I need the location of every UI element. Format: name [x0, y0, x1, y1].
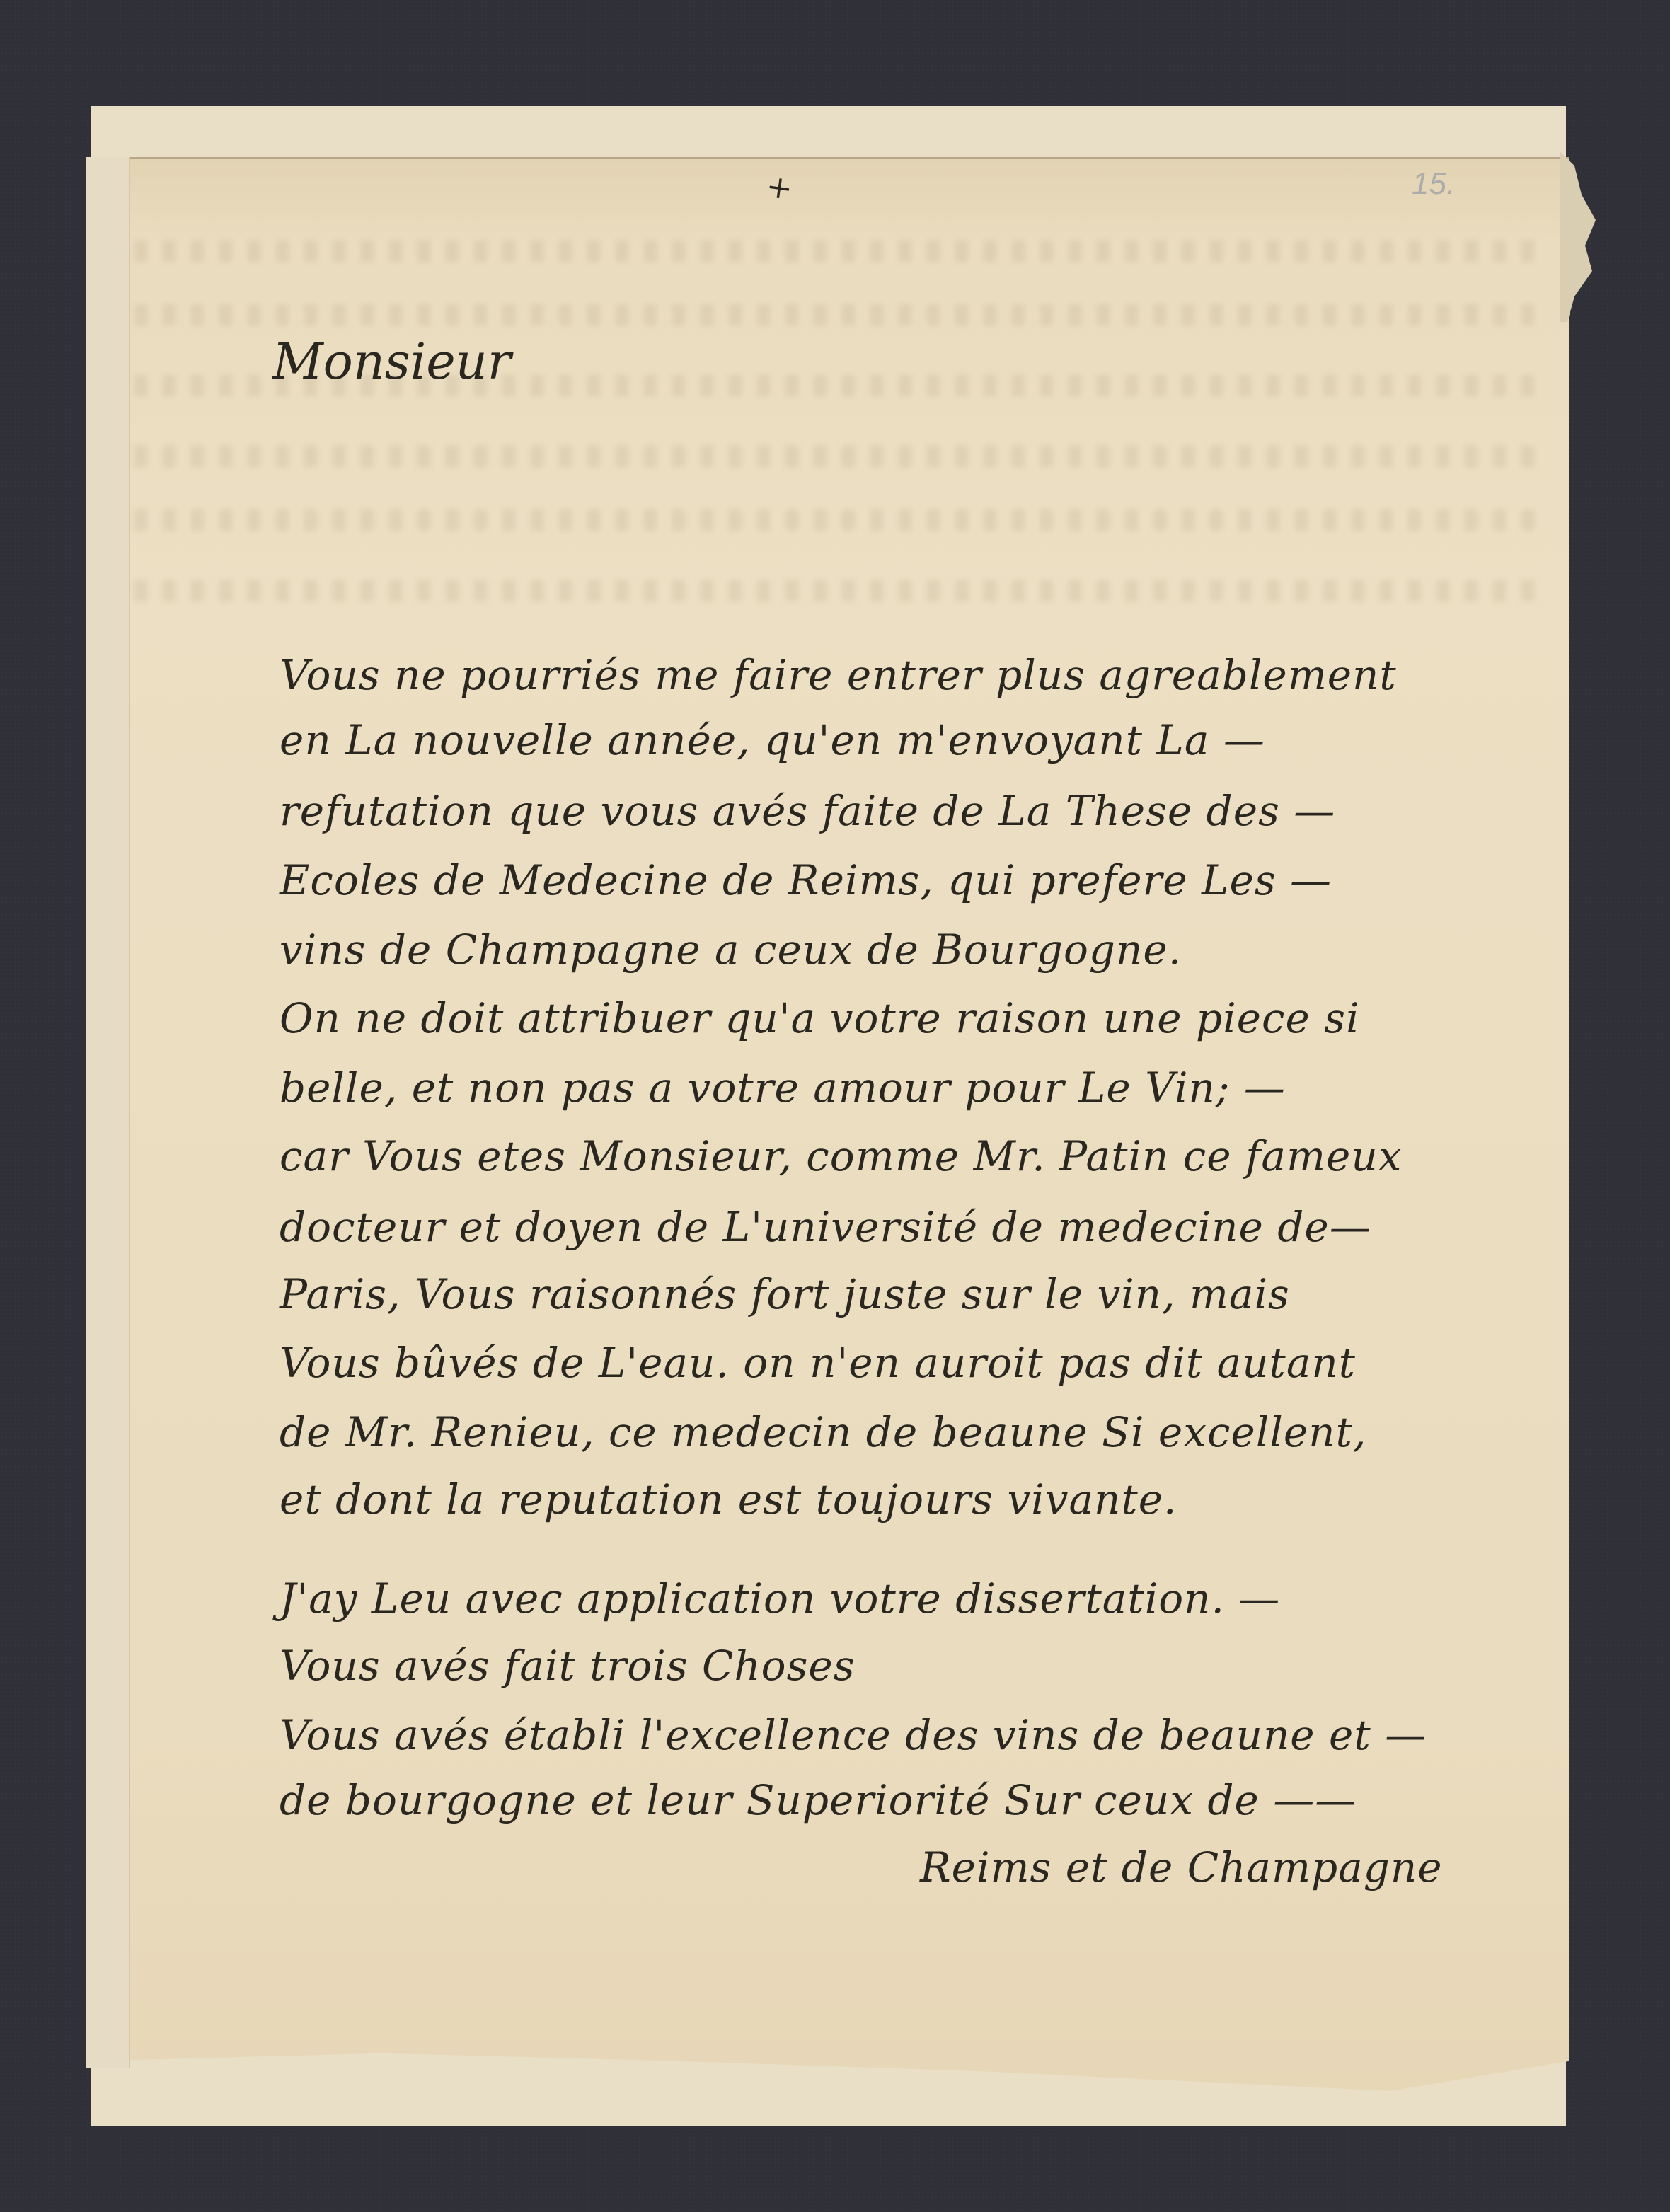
text-line: J'ay Leu avec application votre disserta…: [280, 1574, 1280, 1623]
bleed-through: [134, 509, 1543, 531]
bleed-through: [134, 580, 1543, 601]
text-line: Vous avés fait trois Choses: [280, 1642, 855, 1690]
text-line: Ecoles de Medecine de Reims, qui prefere…: [280, 856, 1332, 904]
text-line: et dont la reputation est toujours vivan…: [280, 1475, 1177, 1523]
text-line: belle, et non pas a votre amour pour Le …: [280, 1064, 1286, 1112]
bleed-through: [134, 446, 1543, 467]
text-line: docteur et doyen de L'université de mede…: [280, 1203, 1371, 1251]
text-line: de bourgogne et leur Superiorité Sur ceu…: [280, 1776, 1357, 1824]
text-line: en La nouvelle année, qu'en m'envoyant L…: [280, 716, 1265, 764]
bleed-through: [134, 241, 1543, 262]
text-line: On ne doit attribuer qu'a votre raison u…: [280, 994, 1360, 1042]
text-line: Reims et de Champagne: [920, 1843, 1443, 1891]
text-line: Vous avés établi l'excellence des vins d…: [280, 1711, 1427, 1759]
text-line: vins de Champagne a ceux de Bourgogne.: [280, 926, 1182, 974]
text-line: Vous bûvés de L'eau. on n'en auroit pas …: [280, 1339, 1356, 1387]
torn-edge: [1560, 152, 1596, 322]
bleed-through: [134, 304, 1543, 326]
folio-number: 15.: [1412, 166, 1455, 202]
salutation: Monsieur: [272, 333, 511, 391]
text-line: Paris, Vous raisonnés fort juste sur le …: [280, 1270, 1290, 1318]
text-line: car Vous etes Monsieur, comme Mr. Patin …: [280, 1132, 1402, 1180]
text-line: refutation que vous avés faite de La The…: [280, 787, 1335, 835]
text-line: Vous ne pourriés me faire entrer plus ag…: [280, 651, 1397, 699]
text-line: de Mr. Renieu, ce medecin de beaune Si e…: [280, 1408, 1366, 1456]
cross-mark: +: [764, 168, 795, 208]
binding-guard-strip: [86, 157, 130, 2068]
